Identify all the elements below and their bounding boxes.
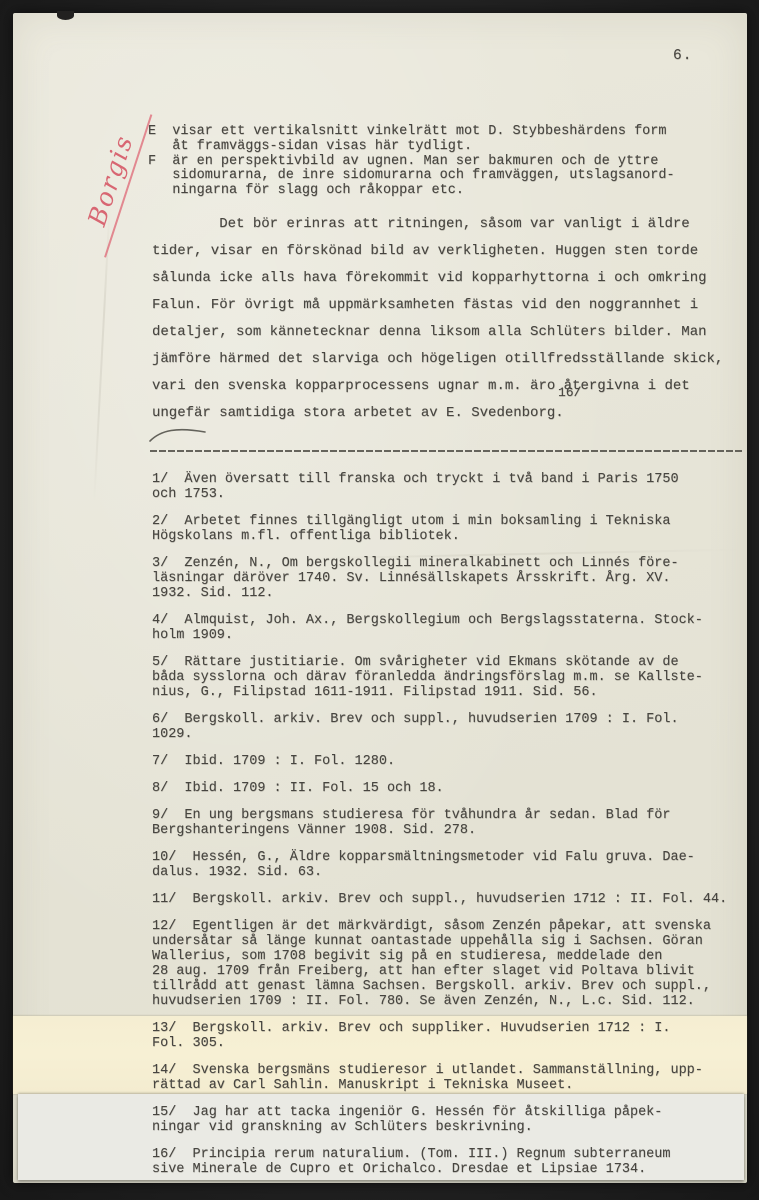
footnote-3: 3/ Zenzén, N., Om bergskollegii mineralk…	[152, 556, 757, 601]
margin-annotation-underline: Borgis	[74, 104, 153, 257]
footnotes-section: 1/ Även översatt till franska och tryckt…	[152, 472, 757, 1189]
page-number: 6.	[673, 48, 692, 64]
pen-stroke-mark	[147, 424, 211, 446]
footnote-1: 1/ Även översatt till franska och tryckt…	[152, 472, 757, 502]
footnote-14: 14/ Svenska bergsmäns studieresor i utla…	[152, 1063, 757, 1093]
footnote-8: 8/ Ibid. 1709 : II. Fol. 15 och 18.	[152, 781, 757, 796]
footnote-11: 11/ Bergskoll. arkiv. Brev och suppl., h…	[152, 892, 757, 907]
figure-legend: E visar ett vertikalsnitt vinkelrätt mot…	[148, 125, 675, 199]
footnote-7: 7/ Ibid. 1709 : I. Fol. 1280.	[152, 754, 757, 769]
margin-annotation-text: Borgis	[82, 131, 139, 230]
footnote-10: 10/ Hessén, G., Äldre kopparsmältningsme…	[152, 850, 757, 880]
footnote-2: 2/ Arbetet finnes tillgängligt utom i mi…	[152, 514, 757, 544]
footnote-6: 6/ Bergskoll. arkiv. Brev och suppl., hu…	[152, 712, 757, 742]
footnote-13: 13/ Bergskoll. arkiv. Brev och suppliker…	[152, 1021, 757, 1051]
footnote-5: 5/ Rättare justitiarie. Om svårigheter v…	[152, 655, 757, 700]
paper-edge-notch	[57, 11, 74, 20]
footnote-4: 4/ Almquist, Joh. Ax., Bergskollegium oc…	[152, 613, 757, 643]
footnote-16: 16/ Principia rerum naturalium. (Tom. II…	[152, 1147, 757, 1177]
footnote-12: 12/ Egentligen är det märkvärdigt, såsom…	[152, 919, 757, 1009]
footnote-15: 15/ Jag har att tacka ingeniör G. Hessén…	[152, 1105, 757, 1135]
footnote-separator-line	[150, 450, 743, 452]
footnote-marker-16: 16/	[558, 385, 581, 400]
footnote-9: 9/ En ung bergsmans studieresa för tvåhu…	[152, 808, 757, 838]
document-page: 6. Borgis E visar ett vertikalsnitt vink…	[13, 13, 747, 1183]
body-paragraph: Det bör erinras att ritningen, såsom var…	[152, 211, 723, 427]
scan-background: 6. Borgis E visar ett vertikalsnitt vink…	[0, 0, 759, 1200]
